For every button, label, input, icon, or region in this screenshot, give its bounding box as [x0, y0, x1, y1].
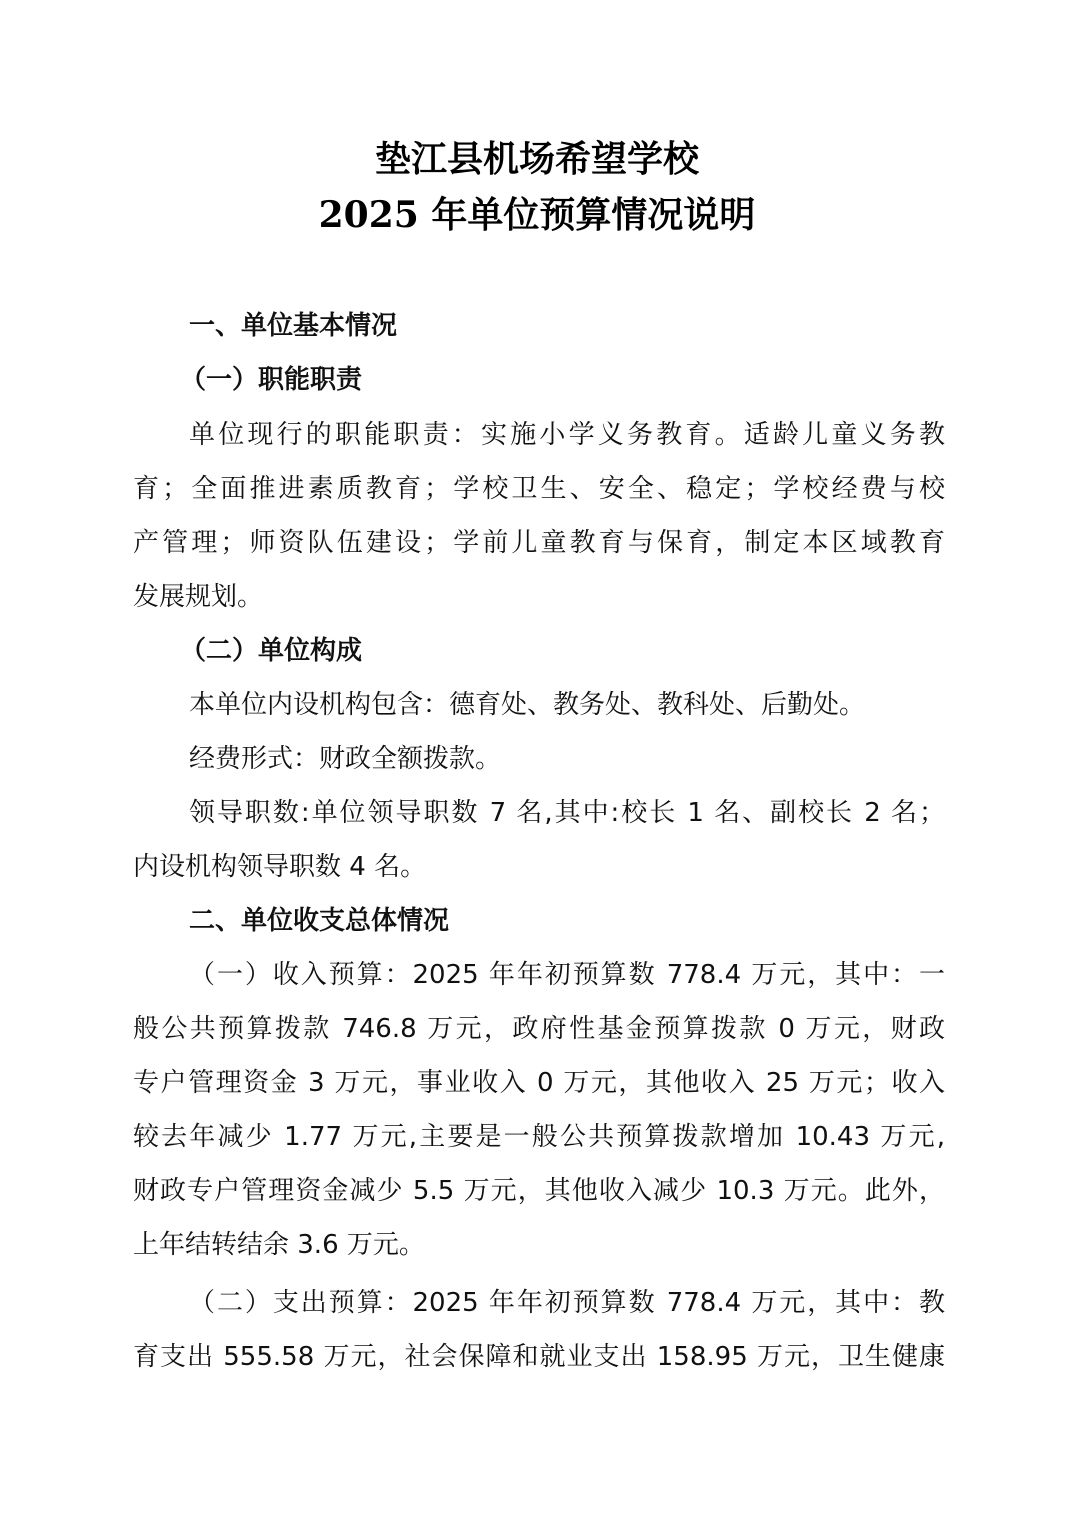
paragraph-line: 内设机构领导职数 4 名。: [133, 850, 945, 884]
section1-heading: 一、单位基本情况: [189, 309, 945, 343]
document-title-line2: 2025 年单位预算情况说明: [0, 187, 1074, 243]
paragraph-line: 财政专户管理资金减少 5.5 万元，其他收入减少 10.3 万元。此外，: [133, 1174, 945, 1208]
document-page: 垫江县机场希望学校 2025 年单位预算情况说明 一、单位基本情况 （一）职能职…: [0, 0, 1074, 1520]
paragraph-line: 本单位内设机构包含：德育处、教务处、教科处、后勤处。: [189, 688, 945, 722]
document-title-line1: 垫江县机场希望学校: [0, 131, 1074, 187]
paragraph-line: 发展规划。: [133, 580, 945, 614]
paragraph-line: 产管理；师资队伍建设；学前儿童教育与保育，制定本区域教育: [133, 526, 945, 560]
paragraph-line: 领导职数:单位领导职数 7 名,其中:校长 1 名、副校长 2 名；: [189, 796, 945, 830]
paragraph-line: 育支出 555.58 万元，社会保障和就业支出 158.95 万元，卫生健康: [133, 1340, 945, 1374]
paragraph-line: 育；全面推进素质教育；学校卫生、安全、稳定；学校经费与校: [133, 472, 945, 506]
paragraph-line: 上年结转结余 3.6 万元。: [133, 1228, 945, 1262]
paragraph-line: 般公共预算拨款 746.8 万元，政府性基金预算拨款 0 万元，财政: [133, 1012, 945, 1046]
paragraph-line: 单位现行的职能职责：实施小学义务教育。适龄儿童义务教: [189, 418, 945, 452]
section1-sub1-heading: （一）职能职责: [180, 363, 992, 397]
paragraph-line: 较去年减少 1.77 万元,主要是一般公共预算拨款增加 10.43 万元,: [133, 1120, 945, 1154]
section1-sub2-heading: （二）单位构成: [180, 634, 992, 668]
paragraph-line: 经费形式：财政全额拨款。: [189, 742, 945, 776]
section2-heading: 二、单位收支总体情况: [189, 904, 945, 938]
paragraph-line: 专户管理资金 3 万元，事业收入 0 万元，其他收入 25 万元；收入: [133, 1066, 945, 1100]
paragraph-line: （二）支出预算：2025 年年初预算数 778.4 万元，其中：教: [189, 1286, 945, 1320]
paragraph-line: （一）收入预算：2025 年年初预算数 778.4 万元，其中：一: [189, 958, 945, 992]
